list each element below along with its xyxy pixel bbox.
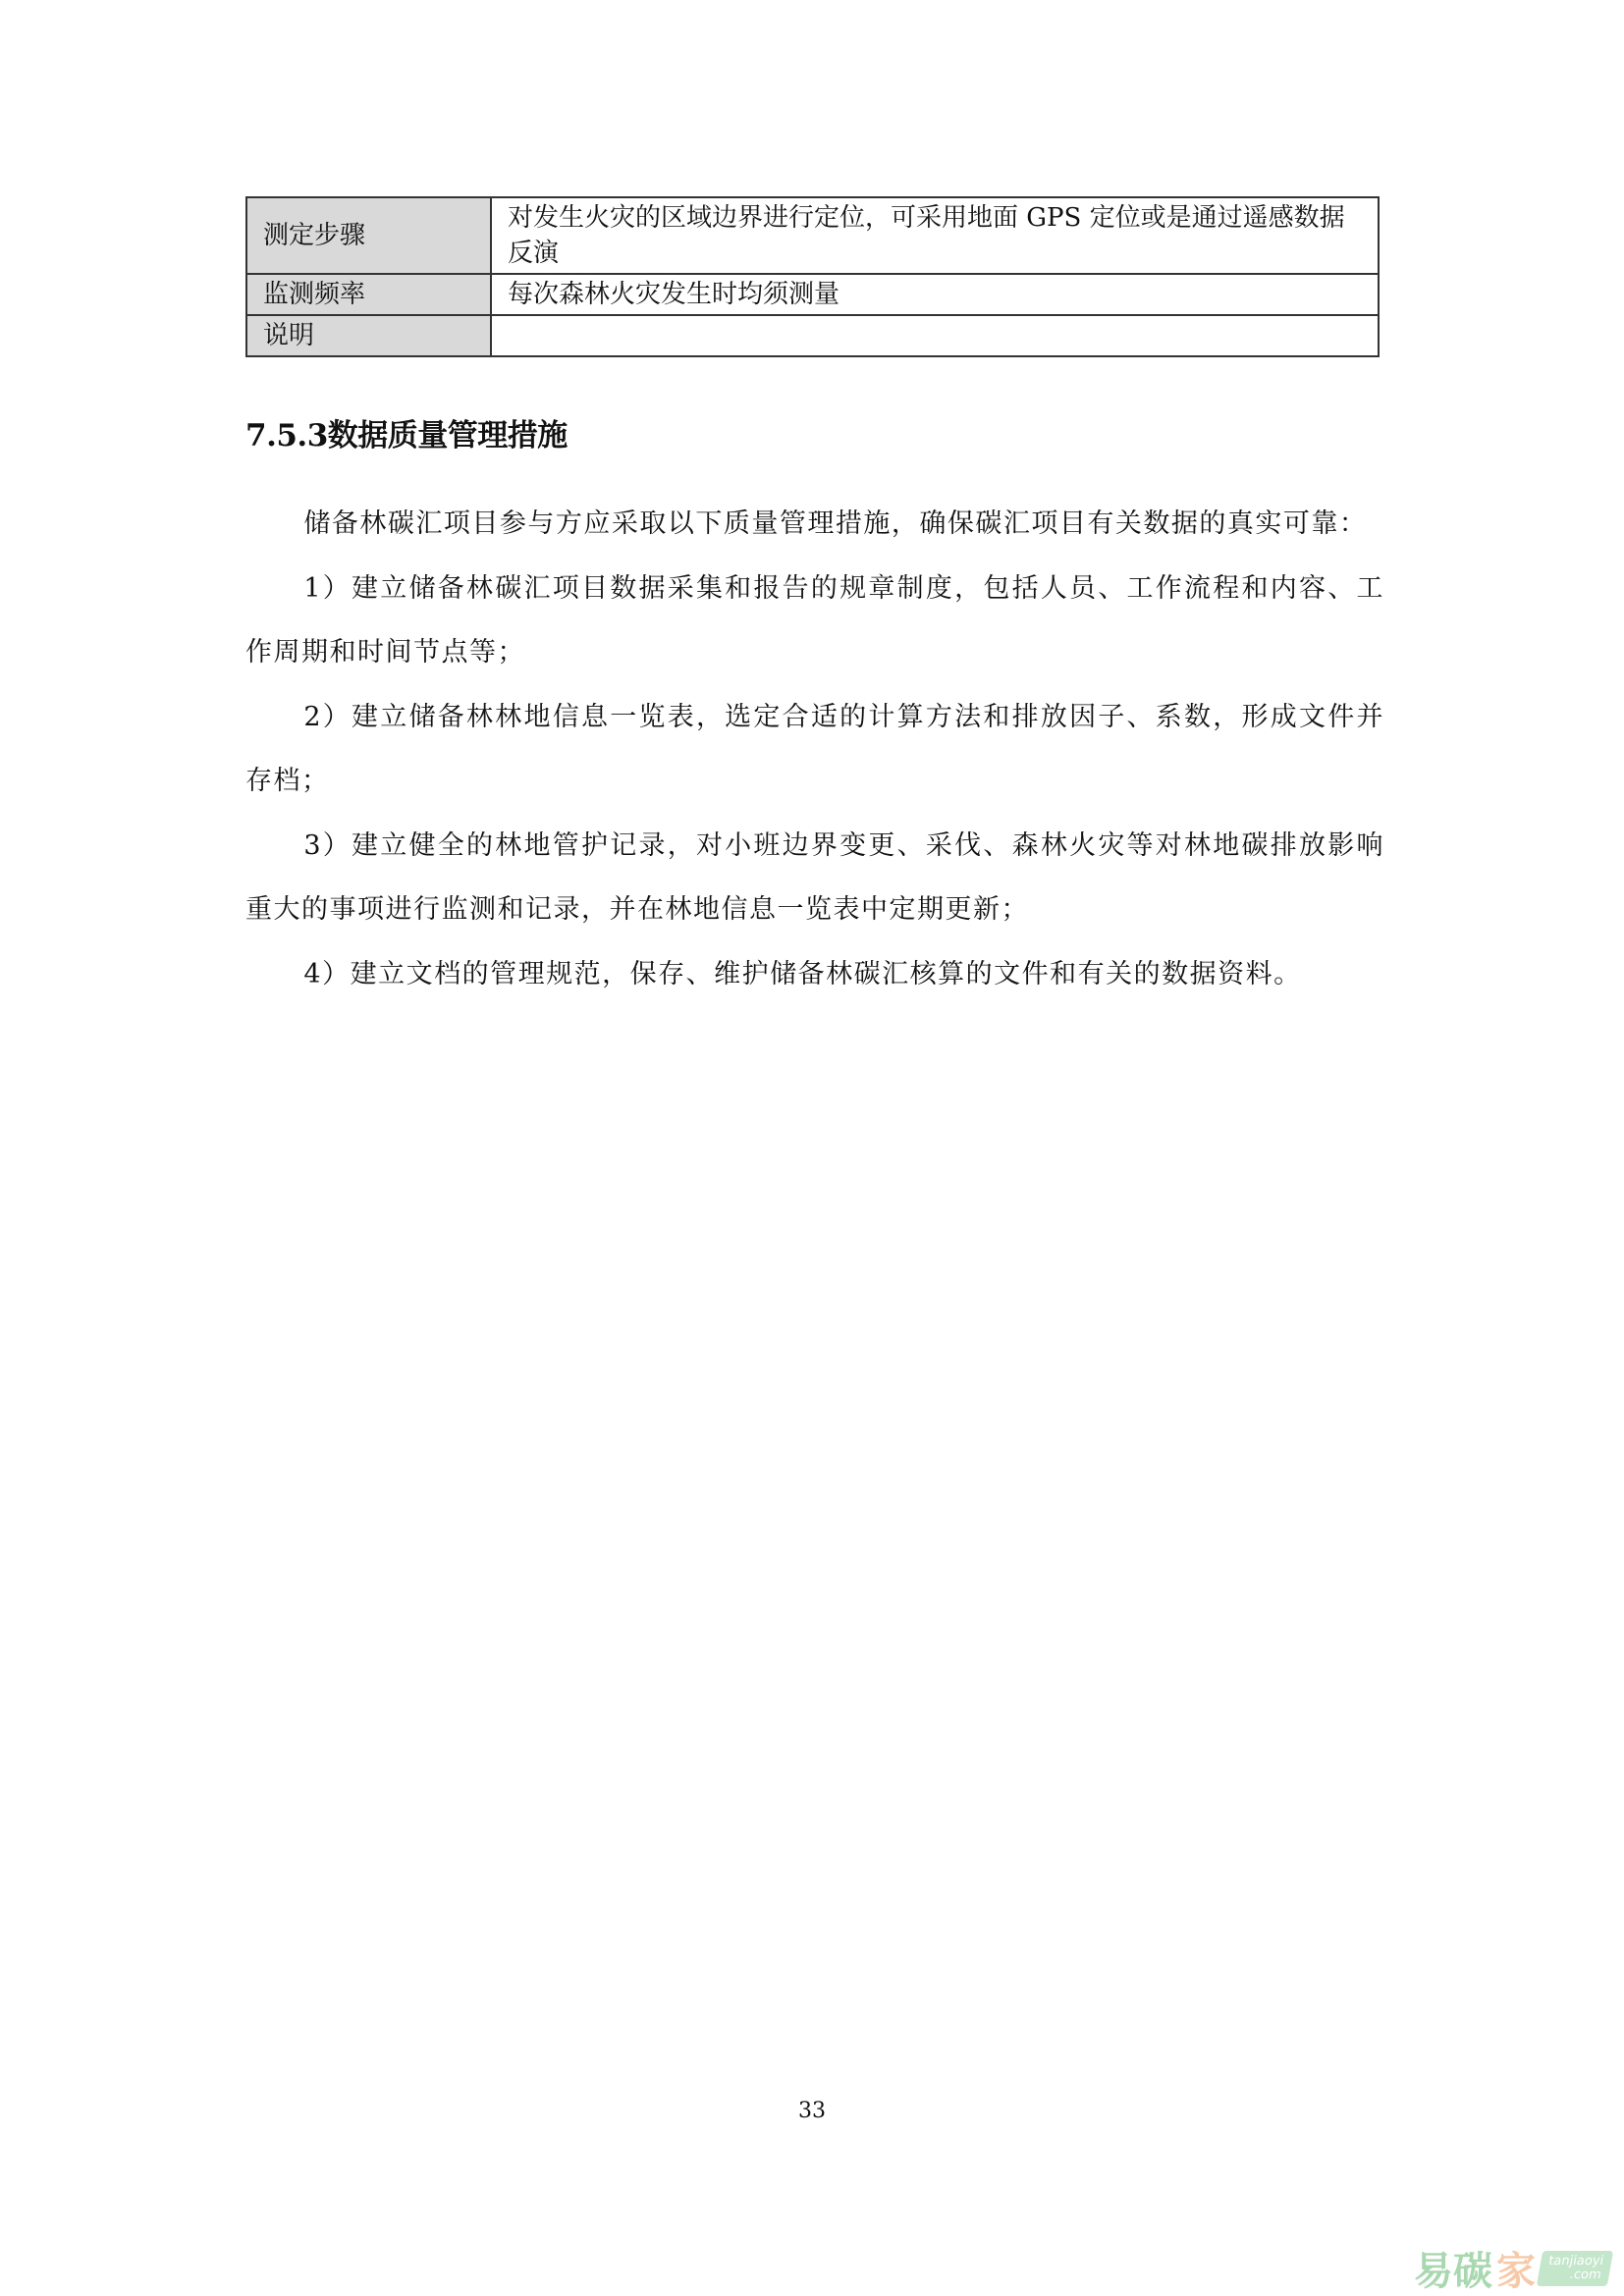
row-label: 监测频率 (246, 274, 491, 315)
row-value: 对发生火灾的区域边界进行定位，可采用地面 GPS 定位或是通过遥感数据反演 (491, 197, 1379, 274)
row-value: 每次森林火灾发生时均须测量 (491, 274, 1379, 315)
watermark-badge: tanjiaoyi .com (1537, 2251, 1613, 2286)
row-label: 说明 (246, 315, 491, 356)
monitoring-parameter-table: 测定步骤 对发生火灾的区域边界进行定位，可采用地面 GPS 定位或是通过遥感数据… (245, 196, 1380, 357)
watermark-logo: 易碳 家 tanjiaoyi .com (1414, 2240, 1610, 2296)
document-page: 测定步骤 对发生火灾的区域边界进行定位，可采用地面 GPS 定位或是通过遥感数据… (0, 0, 1624, 2296)
watermark-badge-line2: .com (1545, 2269, 1602, 2282)
paragraph-intro: 储备林碳汇项目参与方应采取以下质量管理措施，确保碳汇项目有关数据的真实可靠： (245, 492, 1384, 557)
row-value (491, 315, 1379, 356)
table-row: 监测频率 每次森林火灾发生时均须测量 (246, 274, 1379, 315)
table-row: 测定步骤 对发生火灾的区域边界进行定位，可采用地面 GPS 定位或是通过遥感数据… (246, 197, 1379, 274)
paragraph-item-3: 3）建立健全的林地管护记录，对小班边界变更、采伐、森林火灾等对林地碳排放影响重大… (245, 814, 1384, 942)
page-number: 33 (0, 2099, 1624, 2123)
row-label: 测定步骤 (246, 197, 491, 274)
watermark-badge-line1: tanjiaoyi (1547, 2255, 1604, 2269)
watermark-text-green: 易碳 (1414, 2240, 1492, 2296)
section-body: 储备林碳汇项目参与方应采取以下质量管理措施，确保碳汇项目有关数据的真实可靠： 1… (245, 492, 1384, 1006)
paragraph-item-1: 1）建立储备林碳汇项目数据采集和报告的规章制度，包括人员、工作流程和内容、工作周… (245, 557, 1384, 685)
section-heading: 7.5.3数据质量管理措施 (245, 410, 568, 454)
table-row: 说明 (246, 315, 1379, 356)
paragraph-item-4: 4）建立文档的管理规范，保存、维护储备林碳汇核算的文件和有关的数据资料。 (245, 942, 1384, 1007)
watermark-text-orange: 家 (1496, 2240, 1536, 2296)
paragraph-item-2: 2）建立储备林林地信息一览表，选定合适的计算方法和排放因子、系数，形成文件并存档… (245, 685, 1384, 814)
